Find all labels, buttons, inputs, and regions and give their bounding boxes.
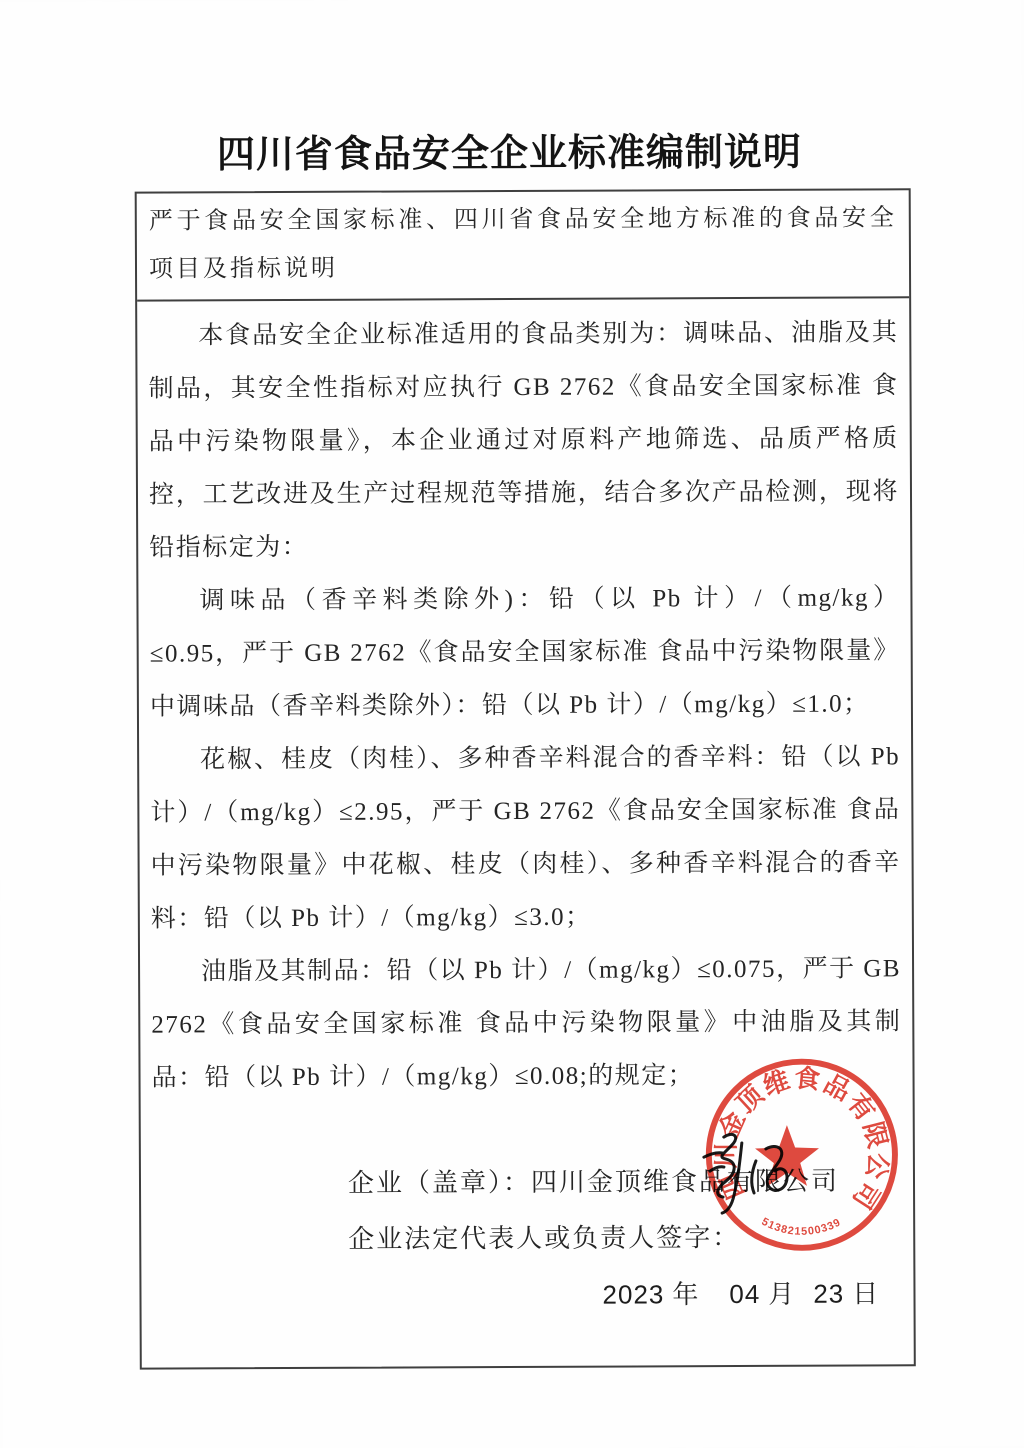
page-title: 四川省食品安全企业标准编制说明 [0,120,1022,179]
body-paragraph: 调味品（香辛料类除外)：铅（以 Pb 计）/（mg/kg）≤0.95，严于 GB… [149,571,900,733]
date-line: 2023年04月23日 [152,1265,902,1325]
date-year: 2023 [602,1279,664,1309]
date-day: 23 [813,1279,844,1309]
date-day-unit: 日 [852,1279,879,1308]
handwritten-signature [690,1127,805,1223]
document-page: 四川省食品安全企业标准编制说明 严于食品安全国家标准、四川省食品安全地方标准的食… [0,0,1024,1448]
body-paragraph: 花椒、桂皮（肉桂）、多种香辛料混合的香辛料：铅（以 Pb 计）/（mg/kg）≤… [150,730,901,945]
date-year-unit: 年 [672,1280,699,1309]
date-month: 04 [729,1279,760,1309]
body-paragraph: 本食品安全企业标准适用的食品类别为：调味品、油脂及其制品，其安全性指标对应执行 … [148,306,899,574]
date-month-unit: 月 [768,1280,795,1309]
table-header-cell: 严于食品安全国家标准、四川省食品安全地方标准的食品安全项目及指标说明 [137,190,909,301]
